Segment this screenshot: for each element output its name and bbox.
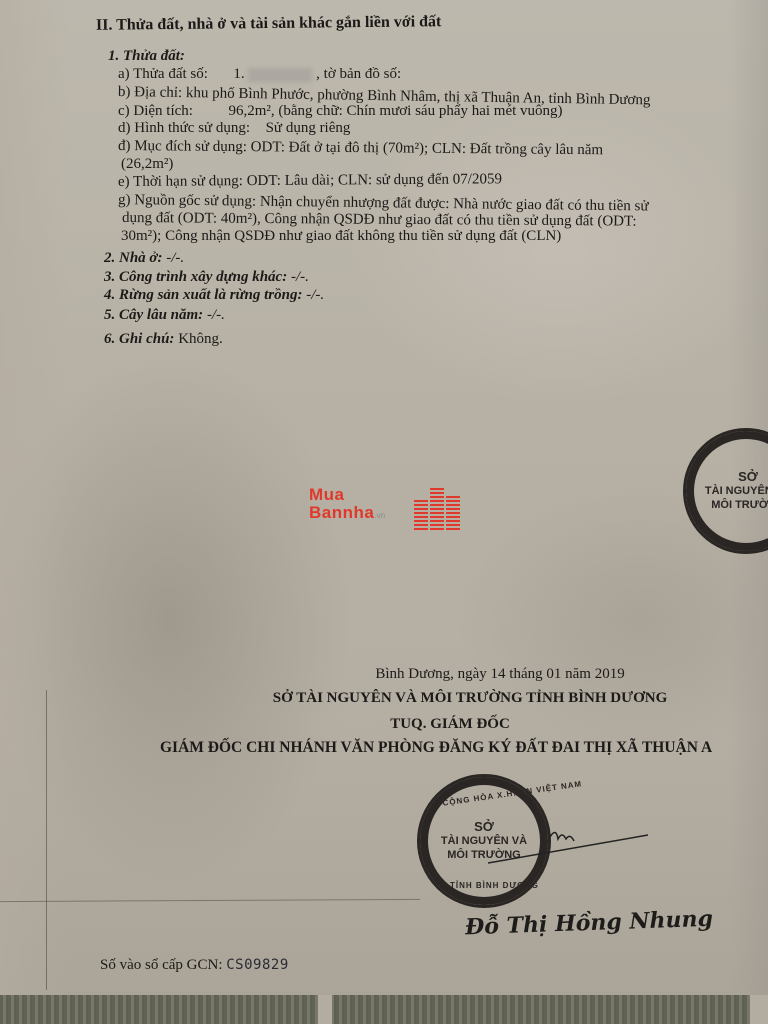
date-line: Bình Dương, ngày 14 tháng 01 năm 2019 bbox=[190, 666, 768, 683]
address-label: b) Địa chỉ: bbox=[118, 84, 182, 101]
term-label: e) Thời hạn sử dụng: bbox=[118, 173, 243, 190]
registry-row: Số vào sổ cấp GCN: CS09829 bbox=[100, 956, 289, 974]
fold-line-vertical bbox=[46, 690, 47, 990]
area-value: 96,2m², (bằng chữ: Chín mươi sáu phẩy ha… bbox=[228, 103, 562, 119]
signer-title: GIÁM ĐỐC CHI NHÁNH VĂN PHÒNG ĐĂNG KÝ ĐẤT… bbox=[160, 739, 712, 757]
item-house-label: 2. Nhà ở: bbox=[104, 250, 162, 266]
land-plot-heading: 1. Thửa đất: bbox=[108, 47, 185, 65]
term-value: ODT: Lâu dài; CLN: sử dụng đến 07/2059 bbox=[247, 171, 502, 189]
area-row: c) Diện tích: 96,2m², (bằng chữ: Chín mư… bbox=[118, 102, 563, 120]
watermark-text: Mua Bannha.vn bbox=[309, 486, 385, 525]
item-other-construction-value: -/-. bbox=[291, 269, 309, 285]
strip-gap bbox=[750, 995, 768, 1024]
section-title: II. Thửa đất, nhà ở và tài sản khác gắn … bbox=[96, 13, 442, 35]
purpose-value-continued: (26,2m²) bbox=[121, 155, 173, 173]
usage-form-value: Sử dụng riêng bbox=[266, 120, 351, 136]
plot-number-value: 1. bbox=[233, 66, 244, 82]
building-icon bbox=[446, 496, 460, 530]
plot-number-row: a) Thửa đất số: 1. , tờ bản đồ số: bbox=[118, 65, 401, 83]
item-perennial-trees: 5. Cây lâu năm: -/-. bbox=[104, 306, 225, 324]
handwritten-signature bbox=[488, 825, 658, 865]
registry-value: CS09829 bbox=[226, 957, 289, 973]
item-planted-forest: 4. Rừng sản xuất là rừng trồng: -/-. bbox=[104, 286, 324, 304]
item-notes-value: Không. bbox=[178, 331, 223, 347]
purpose-label: đ) Mục đích sử dụng: bbox=[118, 138, 247, 155]
building-icon bbox=[414, 500, 428, 530]
registry-label: Số vào sổ cấp GCN: bbox=[100, 957, 223, 973]
origin-value-line3: 30m²); Công nhận QSDĐ như giao đất không… bbox=[121, 227, 561, 245]
muabannha-watermark-logo: Mua Bannha.vn bbox=[302, 486, 462, 534]
area-label: c) Diện tích: bbox=[118, 103, 193, 119]
item-planted-forest-label: 4. Rừng sản xuất là rừng trồng: bbox=[104, 287, 302, 303]
authority-name: SỞ TÀI NGUYÊN VÀ MÔI TRƯỜNG TỈNH BÌNH DƯ… bbox=[160, 690, 768, 707]
item-notes-label: 6. Ghi chú: bbox=[104, 331, 174, 347]
item-perennial-trees-label: 5. Cây lâu năm: bbox=[104, 307, 203, 323]
item-notes: 6. Ghi chú: Không. bbox=[104, 330, 223, 348]
map-sheet-label: , tờ bản đồ số: bbox=[316, 66, 401, 82]
building-icon bbox=[430, 488, 444, 530]
redacted-area bbox=[248, 68, 312, 82]
origin-label: g) Nguồn gốc sử dụng: bbox=[118, 192, 256, 210]
plot-number-label: a) Thửa đất số: bbox=[118, 66, 208, 82]
item-house-value: -/-. bbox=[166, 250, 184, 266]
item-perennial-trees-value: -/-. bbox=[207, 307, 225, 323]
on-behalf-line: TUQ. GIÁM ĐỐC bbox=[140, 716, 760, 733]
item-house: 2. Nhà ở: -/-. bbox=[104, 249, 184, 267]
item-other-construction: 3. Công trình xây dựng khác: -/-. bbox=[104, 268, 309, 286]
usage-form-label: d) Hình thức sử dụng: bbox=[118, 120, 250, 136]
item-planted-forest-value: -/-. bbox=[306, 287, 324, 303]
paper-edge-shadow bbox=[0, 0, 70, 1024]
strip-gap bbox=[318, 995, 332, 1024]
next-page-edge bbox=[0, 995, 768, 1024]
usage-form-row: d) Hình thức sử dụng: Sử dụng riêng bbox=[118, 119, 350, 137]
item-other-construction-label: 3. Công trình xây dựng khác: bbox=[104, 269, 287, 285]
purpose-value: ODT: Đất ở tại đô thị (70m²); CLN: Đất t… bbox=[251, 139, 604, 158]
term-row: e) Thời hạn sử dụng: ODT: Lâu dài; CLN: … bbox=[118, 170, 502, 191]
